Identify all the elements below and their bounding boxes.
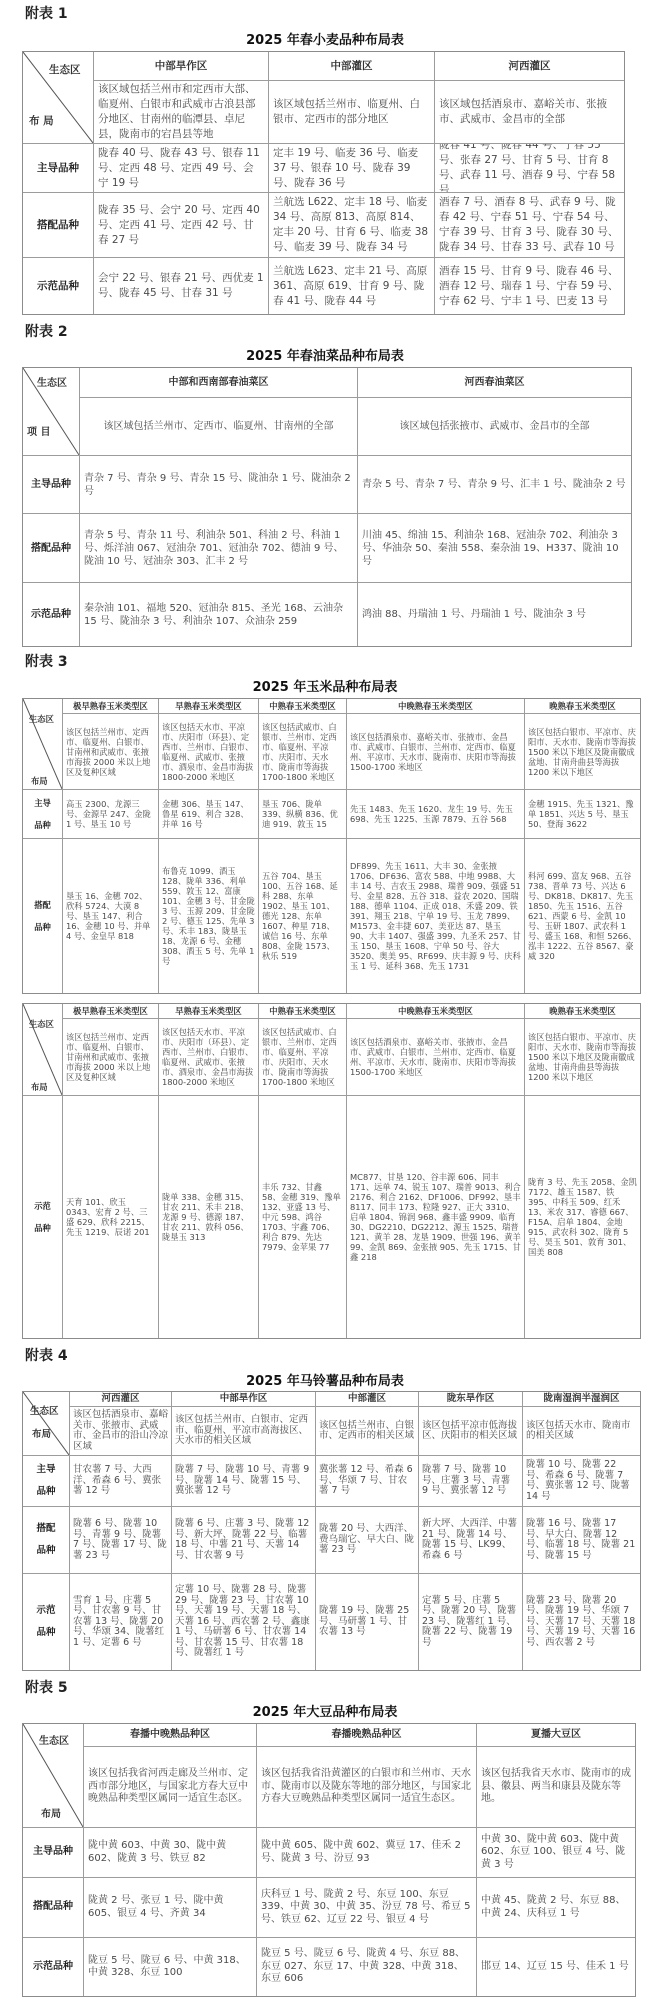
zone-header: 中部灌区	[316, 1392, 418, 1406]
variety-cell: 雪育 1 号、庄薯 5 号、甘农薯 9 号、甘农薯 13 号、陇薯 20 号、华…	[70, 1574, 171, 1670]
variety-cell: MC877、甘垦 120、谷丰源 606、同丰 171、远单 74、锐玉 107…	[347, 1096, 524, 1338]
zone-description: 该区包括我省河西走廊及兰州市、定西市部分地区，与国家北方春大豆中晚熟品种类型区属…	[84, 1747, 256, 1827]
row-label: 搭配品种	[23, 1878, 83, 1937]
variety-cell: 兰航选 L623、定丰 21 号、高原 361、高原 619、甘育 9 号、陇春…	[269, 258, 434, 314]
variety-cell: 五谷 704、垦玉 100、五谷 168、延科 288、东单 1902、垦玉 1…	[259, 839, 346, 993]
variety-cell: 定薯 5 号、庄薯 5 号、陇薯 20 号、陇薯 23 号、陇薯红 1 号、陇薯…	[419, 1574, 522, 1670]
zone-header: 中部和西南部春油菜区	[80, 368, 357, 397]
corner-layout-label: 布局	[32, 1430, 51, 1441]
zone-header: 夏播大豆区	[477, 1724, 635, 1746]
variety-cell: 庆科豆 1 号、陇黄 2 号、东豆 100、东豆 339、中黄 30、中黄 35…	[257, 1878, 476, 1937]
corn-table-part-1: 生态区 布局 极早熟春玉米类型区 早熟春玉米类型区 中熟春玉米类型区 中晚熟春玉…	[22, 698, 641, 994]
variety-cell: 陇薯 20 号、大西洋、费乌瑞它、早大白、陇薯 23 号	[316, 1507, 418, 1573]
variety-cell: 先玉 1483、先玉 1620、龙生 19 号、先玉 698、先玉 1225、玉…	[347, 790, 524, 838]
row-label-text: 搭配品种	[33, 1901, 73, 1914]
variety-cell: 甘农薯 7 号、大西洋、希森 6 号、冀张薯 12 号	[70, 1456, 171, 1506]
row-label-text: 主导品种	[33, 1846, 73, 1859]
zone-description: 该区域包括酒泉市、嘉峪关市、张掖市、武威市、金昌市的全部	[435, 81, 624, 143]
table-title: 2025 年春油菜品种布局表	[0, 349, 650, 365]
variety-cell: 秦杂油 101、福地 520、冠油杂 815、圣光 168、云油杂 15 号、陇…	[80, 583, 357, 646]
variety-cell: 青杂 5 号、青杂 7 号、青杂 9 号、汇丰 1 号、陇油杂 2 号	[358, 456, 631, 513]
variety-cell: 冀张薯 12 号、希森 6 号、华颂 7 号、甘农薯 7 号	[316, 1456, 418, 1506]
variety-cell: 酒春 15 号、甘育 9 号、陇春 46 号、酒春 12 号、瑞春 1 号、宁春…	[435, 258, 624, 314]
zone-header: 中晚熟春玉米类型区	[347, 1004, 524, 1018]
zone-description: 该区包括天水市、陇南市的相关区域	[523, 1407, 640, 1455]
zone-description: 该区包括兰州市、白银市、定西市、临夏州、平凉市高海拔区、天水市的相关区域	[172, 1407, 315, 1455]
zone-header: 早熟春玉米类型区	[159, 1004, 258, 1018]
variety-cell: 布鲁克 1099、酒玉 128、陇单 336、利单 559、敦玉 12、富康 1…	[159, 839, 258, 993]
variety-cell: 金穗 1915、先玉 1321、豫单 1851、兴达 5 号、垦玉 50、登海 …	[525, 790, 640, 838]
zone-header: 极早熟春玉米类型区	[63, 699, 158, 713]
row-label-text: 品种	[36, 1487, 55, 1498]
row-label-text: 示范品种	[37, 279, 79, 294]
variety-cell: 高玉 2300、龙源三号、金源早 247、金陇 1 号、垦玉 10 号	[63, 790, 158, 838]
zone-description: 该区包括酒泉市、嘉峪关市、张掖市、金昌市、武威市、白银市、兰州市、定西市、临夏州…	[347, 714, 524, 789]
variety-cell: 青杂 7 号、青杂 9 号、青杂 15 号、陇油杂 1 号、陇油杂 2 号	[80, 456, 357, 513]
diagonal-divider-icon	[23, 1392, 69, 1455]
variety-cell: 陇薯 7 号、陇薯 10 号、庄薯 3 号、青薯 9 号、冀张薯 12 号	[419, 1456, 522, 1506]
row-label-text: 示范	[34, 1201, 51, 1211]
variety-cell: 丰乐 732、甘鑫 58、金穗 319、豫单 132、亚盛 13 号、中元 59…	[259, 1096, 346, 1338]
table-title: 2025 年玉米品种布局表	[0, 680, 650, 696]
variety-cell: 垦玉 706、陇单 339、纵横 836、优迪 919、敦玉 15	[259, 790, 346, 838]
variety-cell: 中黄 45、陇黄 2 号、东豆 88、中黄 24、庆科豆 1 号	[477, 1878, 635, 1937]
zone-description: 该区域包括兰州市、临夏州、白银市、定西市的部分地区	[269, 81, 434, 143]
variety-cell: 垦玉 16、金穗 702、欣科 5724、大漠 8 号、垦玉 147、利合 16…	[63, 839, 158, 993]
row-label: 搭配 品种	[23, 839, 62, 993]
row-label-text: 品种	[34, 820, 51, 830]
zone-header: 陇东旱作区	[419, 1392, 522, 1406]
zone-header: 中部旱作区	[94, 52, 268, 80]
variety-cell: 兰航选 L622、定丰 18 号、临麦 34 号、高原 813、高原 814、定…	[269, 193, 434, 257]
variety-cell: 陇薯 7 号、陇薯 10 号、青薯 9 号、陇薯 14 号、陇薯 15 号、冀张…	[172, 1456, 315, 1506]
row-label: 主导品种	[23, 456, 79, 513]
corner-header: 生态区 布 局	[23, 52, 93, 143]
corner-zone-label: 生态区	[37, 377, 67, 390]
zone-description: 该区域包括兰州市、定西市、临夏州、甘南州的全部	[80, 398, 357, 455]
variety-cell: 会宁 22 号、银春 21 号、西优麦 1 号、陇春 45 号、甘春 31 号	[94, 258, 268, 314]
variety-cell: 酒春 7 号、酒春 8 号、武春 9 号、陇春 42 号、宁春 51 号、宁春 …	[435, 193, 624, 257]
corner-header: 生态区 项 目	[23, 368, 79, 455]
row-label: 示范品种	[23, 258, 93, 314]
zone-header: 极早熟春玉米类型区	[63, 1004, 158, 1018]
zone-header: 晚熟春玉米类型区	[525, 699, 640, 713]
zone-header: 中熟春玉米类型区	[259, 699, 346, 713]
variety-cell: 定丰 19 号、临麦 36 号、临麦 37 号、银春 10 号、陇春 39 号、…	[269, 144, 434, 192]
row-label: 搭配品种	[23, 514, 79, 582]
zone-header: 河西春油菜区	[358, 368, 631, 397]
row-label-text: 品种	[36, 1546, 55, 1557]
row-label-text: 主导	[34, 798, 51, 808]
row-label-text: 品种	[34, 1223, 51, 1233]
appendix-label: 附表 3	[25, 654, 68, 671]
variety-cell: 陇春 40 号、陇春 43 号、银春 11 号、定西 48 号、定西 49 号、…	[94, 144, 268, 192]
corner-header: 生态区 布局	[23, 1004, 62, 1095]
row-label-text: 主导品种	[37, 161, 79, 176]
table-title: 2025 年大豆品种布局表	[0, 1705, 650, 1721]
variety-cell: 天育 101、欣玉 0343、宏育 2 号、三盛 629、欣科 2215、先玉 …	[63, 1096, 158, 1338]
zone-header: 中部旱作区	[172, 1392, 315, 1406]
appendix-label: 附表 5	[25, 1680, 68, 1697]
variety-cell: 陇中黄 605、陇中黄 602、冀豆 17、佳禾 2 号、陇黄 3 号、汾豆 9…	[257, 1828, 476, 1877]
corner-header: 生态区 布局	[23, 699, 62, 789]
row-label-text: 搭配品种	[37, 218, 79, 233]
row-label: 搭配 品种	[23, 1507, 69, 1573]
row-label-text: 搭配	[34, 900, 51, 910]
row-label-text: 搭配	[36, 1524, 55, 1535]
zone-description: 该区包括白银市、平凉市、庆阳市、天水市、陇南市等海拔 1500 米以下地区及陇南…	[525, 1019, 640, 1095]
spring-rapeseed-table: 生态区 项 目 中部和西南部春油菜区 河西春油菜区 该区域包括兰州市、定西市、临…	[22, 367, 632, 647]
zone-description: 该区包括兰州市、定西市、临夏州、白银市、甘南州和武威市、张掖市海拔 2000 米…	[63, 714, 158, 789]
appendix-label: 附表 4	[25, 1348, 68, 1365]
zone-description: 该区包括天水市、平凉市、庆阳市（环县）、定西市、兰州市、白银市、临夏州、武威市、…	[159, 714, 258, 789]
corner-zone-label: 生态区	[29, 714, 54, 724]
variety-cell: 陇豆 5 号、陇豆 6 号、陇黄 4 号、东豆 88、东豆 027、东豆 17、…	[257, 1938, 476, 1996]
variety-cell: 陇黄 2 号、张豆 1 号、陇中黄 605、银豆 4 号、齐黄 34	[84, 1878, 256, 1937]
corner-item-label: 项 目	[27, 426, 50, 439]
zone-description: 该区包括白银市、平凉市、庆阳市、天水市、陇南市等海拔 1500 米以下地区及陇南…	[525, 714, 640, 789]
row-label: 搭配品种	[23, 193, 93, 257]
row-label: 示范品种	[23, 583, 79, 646]
corner-layout-label: 布局	[41, 1809, 61, 1822]
row-label-text: 主导	[36, 1465, 55, 1476]
zone-description: 该区包括天水市、平凉市、庆阳市（环县）、定西市、兰州市、白银市、临夏州、武威市、…	[159, 1019, 258, 1095]
corner-zone-label: 生态区	[49, 63, 81, 78]
spring-wheat-table: 生态区 布 局 中部旱作区 中部灌区 河西灌区 该区域包括兰州市和定西市大部、临…	[22, 51, 625, 315]
corner-zone-label: 生态区	[30, 1407, 59, 1418]
row-label-text: 品种	[36, 1628, 55, 1639]
zone-header: 陇南湿润半湿润区	[523, 1392, 640, 1406]
corner-header: 生态区 布局	[23, 1724, 83, 1827]
zone-description: 该区包括酒泉市、嘉峪关市、张掖市、金昌市、武威市、白银市、兰州市、定西市、临夏州…	[347, 1019, 524, 1095]
zone-header: 中晚熟春玉米类型区	[347, 699, 524, 713]
variety-cell: 陇薯 6 号、陇薯 10 号、青薯 9 号、陇薯 7 号、陇薯 17 号、陇薯 …	[70, 1507, 171, 1573]
row-label: 主导品种	[23, 1828, 83, 1877]
corner-layout-label: 布 局	[29, 114, 54, 129]
row-label-text: 示范	[36, 1606, 55, 1617]
row-label: 主导 品种	[23, 790, 62, 838]
zone-header: 晚熟春玉米类型区	[525, 1004, 640, 1018]
zone-header: 春播中晚熟品种区	[84, 1724, 256, 1746]
variety-cell: 陇薯 16 号、陇薯 17 号、早大白、陇薯 12 号、临薯 18 号、陇薯 2…	[523, 1507, 640, 1573]
row-label-text: 品种	[34, 922, 51, 932]
zone-header: 河西灌区	[70, 1392, 171, 1406]
row-label-text: 示范品种	[33, 1961, 73, 1974]
zone-header: 中熟春玉米类型区	[259, 1004, 346, 1018]
variety-cell: 陇薯 23 号、陇薯 20 号、陇薯 19 号、华颂 7 号、天薯 17 号、天…	[523, 1574, 640, 1670]
variety-cell: 陇薯 10 号、陇薯 22 号、希森 6 号、陇薯 7 号、冀张薯 12 号、陇…	[523, 1456, 640, 1506]
variety-cell: 陇中黄 603、中黄 30、陇中黄 602、陇黄 3 号、铁豆 82	[84, 1828, 256, 1877]
corner-header: 生态区 布局	[23, 1392, 69, 1455]
variety-cell: 陇薯 6 号、庄薯 3 号、陇薯 12 号、新大坪、陇薯 22 号、临薯 18 …	[172, 1507, 315, 1573]
variety-cell: 陇春 41 号、陇春 44 号、宁春 55 号、张春 27 号、甘育 5 号、甘…	[435, 144, 624, 192]
row-label: 示范 品种	[23, 1096, 62, 1338]
zone-header: 河西灌区	[435, 52, 624, 80]
variety-cell: 邯豆 14、辽豆 15 号、佳禾 1 号	[477, 1938, 635, 1996]
corn-table-part-2: 生态区 布局 极早熟春玉米类型区 早熟春玉米类型区 中熟春玉米类型区 中晚熟春玉…	[22, 1003, 641, 1339]
variety-cell: 陇豆 5 号、陇豆 6 号、中黄 318、中黄 328、东豆 100	[84, 1938, 256, 1996]
variety-cell: 科河 699、富友 968、五谷 738、晋单 73 号、兴达 6 号、DK81…	[525, 839, 640, 993]
corner-layout-label: 布局	[31, 1082, 48, 1092]
variety-cell: 中黄 30、陇中黄 603、陇中黄 602、东豆 100、银豆 4 号、陇黄 3…	[477, 1828, 635, 1877]
corner-zone-label: 生态区	[29, 1019, 54, 1029]
row-label: 主导 品种	[23, 1456, 69, 1506]
row-label: 主导品种	[23, 144, 93, 192]
variety-cell: 川油 45、绵油 15、利油杂 168、冠油杂 702、利油杂 3 号、华油杂 …	[358, 514, 631, 582]
variety-cell: 陇薯 19 号、陇薯 25 号、马研薯 1 号、甘农薯 13 号	[316, 1574, 418, 1670]
zone-description: 该区包括兰州市、定西市、临夏州、白银市、甘南州和武威市、张掖市海拔 2000 米…	[63, 1019, 158, 1095]
variety-cell: 陇春 35 号、会宁 20 号、定西 40 号、定西 41 号、定西 42 号、…	[94, 193, 268, 257]
zone-description: 该区域包括张掖市、武威市、金昌市的全部	[358, 398, 631, 455]
zone-description: 该区包括兰州市、白银市、定西市的相关区域	[316, 1407, 418, 1455]
variety-cell: 金穗 306、垦玉 147、鲁星 619、利合 328、并单 16 号	[159, 790, 258, 838]
zone-description: 该区包括我省沿黄灌区的白银市和兰州市、天水市、陇南市以及陇东等地的部分地区，与国…	[257, 1747, 476, 1827]
variety-cell: 鸿油 88、丹瑞油 1 号、丹瑞油 1 号、陇油杂 3 号	[358, 583, 631, 646]
variety-cell: DF899、先玉 1611、大丰 30、金张掖 1706、DF636、富农 58…	[347, 839, 524, 993]
row-label: 示范 品种	[23, 1574, 69, 1670]
appendix-label: 附表 2	[25, 324, 68, 341]
soybean-table: 生态区 布局 春播中晚熟品种区 春播晚熟品种区 夏播大豆区 该区包括我省河西走廊…	[22, 1723, 636, 1997]
zone-description: 该区包括我省天水市、陇南市的成县、徽县、两当和康县及陇东等地。	[477, 1747, 635, 1827]
variety-cell: 青杂 5 号、青杂 11 号、利油杂 501、科油 2 号、科油 1 号、烁洋油…	[80, 514, 357, 582]
corner-zone-label: 生态区	[39, 1736, 69, 1749]
row-label-text: 搭配品种	[31, 542, 71, 555]
variety-cell: 定薯 10 号、陇薯 28 号、陇薯 29 号、陇薯 23 号、甘农薯 10 号…	[172, 1574, 315, 1670]
variety-cell: 新大坪、大西洋、中薯 21 号、陇薯 14 号、陇薯 15 号、LK99、希森 …	[419, 1507, 522, 1573]
variety-cell: 陇育 3 号、先玉 2058、金凯 7172、雄玉 1587、铁 395、中科玉…	[525, 1096, 640, 1338]
zone-header: 中部灌区	[269, 52, 434, 80]
zone-description: 该区域包括兰州市和定西市大部、临夏州、白银市和武威市古浪县部分地区、甘南州的临潭…	[94, 81, 268, 143]
row-label-text: 主导品种	[31, 478, 71, 491]
row-label: 示范品种	[23, 1938, 83, 1996]
potato-table: 生态区 布局 河西灌区 中部旱作区 中部灌区 陇东旱作区 陇南湿润半湿润区 该区…	[22, 1391, 641, 1671]
appendix-label: 附表 1	[25, 6, 68, 23]
table-title: 2025 年马铃薯品种布局表	[0, 1374, 650, 1390]
zone-header: 早熟春玉米类型区	[159, 699, 258, 713]
zone-description: 该区包括平凉市低海拔区、庆阳市的相关区域	[419, 1407, 522, 1455]
zone-description: 该区包括酒泉市、嘉峪关市、张掖市、武威市、金昌市的沿山冷凉区域	[70, 1407, 171, 1455]
variety-cell: 陇单 338、金穗 315、甘农 211、禾丰 218、龙源 9 号、德源 18…	[159, 1096, 258, 1338]
zone-description: 该区包括武威市、白银市、兰州市、定西市、临夏州、平凉市、庆阳市、天水市、陇南市等…	[259, 1019, 346, 1095]
zone-description: 该区包括武威市、白银市、兰州市、定西市、临夏州、平凉市、庆阳市、天水市、陇南市等…	[259, 714, 346, 789]
zone-header: 春播晚熟品种区	[257, 1724, 476, 1746]
row-label-text: 示范品种	[31, 608, 71, 621]
corner-layout-label: 布局	[31, 776, 48, 786]
table-title: 2025 年春小麦品种布局表	[0, 33, 650, 49]
